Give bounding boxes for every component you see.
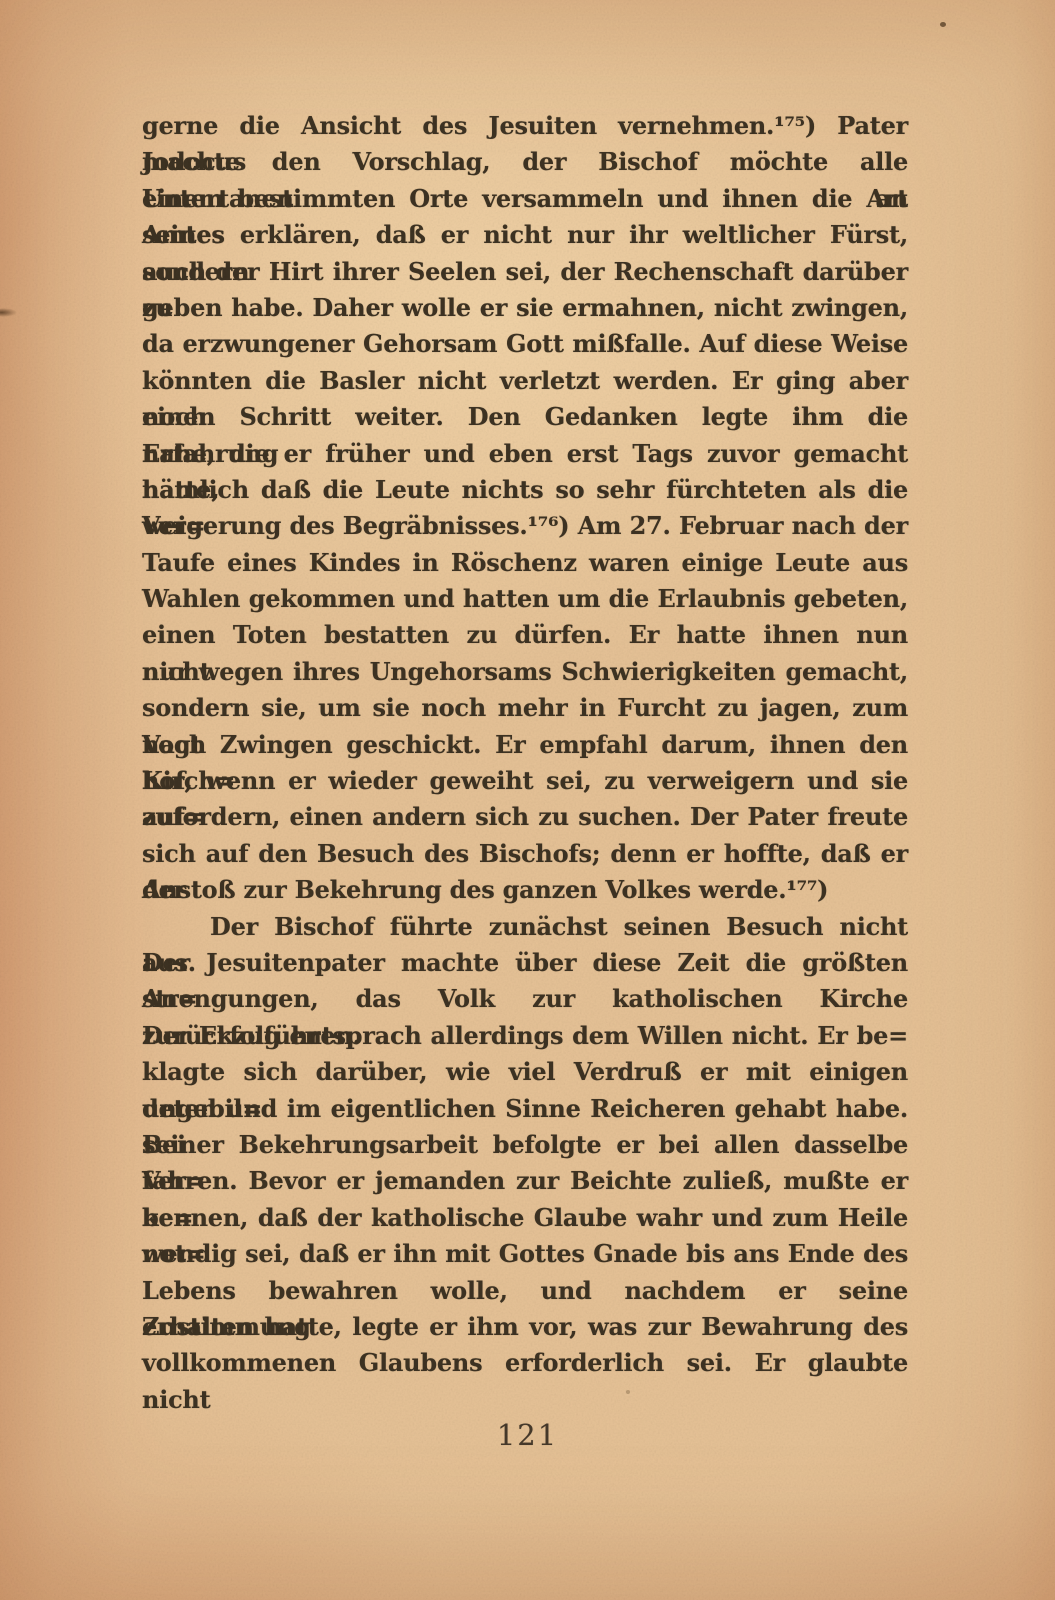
text-line: Taufe eines Kindes in Röschenz waren ein… <box>142 545 908 581</box>
text-line: zufordern, einen andern sich zu suchen. … <box>142 799 908 835</box>
text-line: strengungen, das Volk zur katholischen K… <box>142 981 908 1017</box>
text-line: machte den Vorschlag, der Bischof möchte… <box>142 144 908 180</box>
text-line: hof, wenn er wieder geweiht sei, zu verw… <box>142 763 908 799</box>
page-text: gerne die Ansicht des Jesuiten vernehmen… <box>142 108 908 1382</box>
text-line: Amtes erklären, daß er nicht nur ihr wel… <box>142 217 908 253</box>
text-line: einen Toten bestatten zu dürfen. Er hatt… <box>142 617 908 653</box>
text-line: einem bestimmten Orte versammeln und ihn… <box>142 181 908 217</box>
text-line: erhalten hatte, legte er ihm vor, was zu… <box>142 1309 908 1345</box>
text-line: klagte sich darüber, wie viel Verdruß er… <box>142 1054 908 1090</box>
text-line: fahren. Bevor er jemanden zur Beichte zu… <box>142 1163 908 1199</box>
text-line: Anstoß zur Bekehrung des ganzen Volkes w… <box>142 872 908 908</box>
paper-speck <box>626 1390 630 1394</box>
text-line: einen Schritt weiter. Den Gedanken legte… <box>142 399 908 435</box>
text-line: Der Erfolg entsprach allerdings dem Will… <box>142 1018 908 1054</box>
text-line: wendig sei, daß er ihn mit Gottes Gnade … <box>142 1236 908 1272</box>
text-line: gerne die Ansicht des Jesuiten vernehmen… <box>142 108 908 144</box>
text-line: nur wegen ihres Ungehorsams Schwierigkei… <box>142 654 908 690</box>
book-page-scan: gerne die Ansicht des Jesuiten vernehmen… <box>0 0 1055 1600</box>
text-line: könnten die Basler nicht verletzt werden… <box>142 363 908 399</box>
text-line: Lebens bewahren wolle, und nachdem er se… <box>142 1273 908 1309</box>
text-line: auch der Hirt ihrer Seelen sei, der Rech… <box>142 254 908 290</box>
text-line: geben habe. Daher wolle er sie ermahnen,… <box>142 290 908 326</box>
text-line: nach Zwingen geschickt. Er empfahl darum… <box>142 727 908 763</box>
text-line: Wahlen gekommen und hatten um die Erlaub… <box>142 581 908 617</box>
page-number: 121 <box>0 1418 1055 1452</box>
text-line: vollkommenen Glaubens erforderlich sei. … <box>142 1345 908 1381</box>
paper-blemish <box>0 308 17 317</box>
text-line: weigerung des Begräbnisses.¹⁷⁶) Am 27. F… <box>142 508 908 544</box>
text-line: seiner Bekehrungsarbeit befolgte er bei … <box>142 1127 908 1163</box>
text-line: sich auf den Besuch des Bischofs; denn e… <box>142 836 908 872</box>
text-line: Der Bischof führte zunächst seinen Besuc… <box>142 909 908 945</box>
text-line: da erzwungener Gehorsam Gott mißfalle. A… <box>142 326 908 362</box>
text-line: deten und im eigentlichen Sinne Reichere… <box>142 1091 908 1127</box>
paper-speck <box>940 22 946 27</box>
text-line: Der Jesuitenpater machte über diese Zeit… <box>142 945 908 981</box>
text-line: nämlich daß die Leute nichts so sehr für… <box>142 472 908 508</box>
text-line: kennen, daß der katholische Glaube wahr … <box>142 1200 908 1236</box>
text-line: sondern sie, um sie noch mehr in Furcht … <box>142 690 908 726</box>
text-line: nahe, die er früher und eben erst Tags z… <box>142 436 908 472</box>
